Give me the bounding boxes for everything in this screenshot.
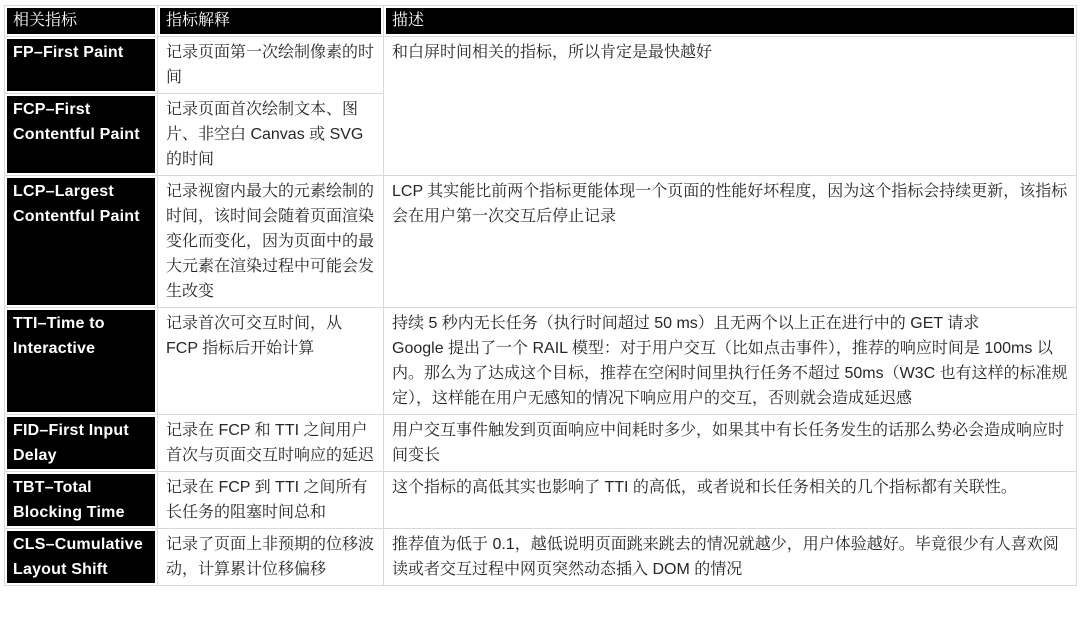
description-cell: LCP 其实能比前两个指标更能体现一个页面的性能好坏程度，因为这个指标会持续更新… [384, 176, 1077, 308]
row-cls: CLS–Cumulative Layout Shift 记录了页面上非预期的位移… [5, 529, 1077, 586]
row-fp: FP–First Paint 记录页面第一次绘制像素的时间 和白屏时间相关的指标… [5, 37, 1077, 94]
row-tti: TTI–Time to Interactive 记录首次可交互时间，从 FCP … [5, 308, 1077, 415]
row-tbt: TBT–Total Blocking Time 记录在 FCP 到 TTI 之间… [5, 472, 1077, 529]
explanation-cell: 记录在 FCP 和 TTI 之间用户首次与页面交互时响应的延迟 [158, 415, 384, 472]
metric-cell: FP–First Paint [5, 37, 158, 94]
header-row: 相关指标 指标解释 描述 [5, 6, 1077, 37]
metric-cell: FCP–First Contentful Paint [5, 94, 158, 176]
description-cell: 持续 5 秒内无长任务（执行时间超过 50 ms）且无两个以上正在进行中的 GE… [384, 308, 1077, 415]
explanation-cell: 记录页面第一次绘制像素的时间 [158, 37, 384, 94]
explanation-cell: 记录视窗内最大的元素绘制的时间，该时间会随着页面渲染变化而变化，因为页面中的最大… [158, 176, 384, 308]
metric-cell: CLS–Cumulative Layout Shift [5, 529, 158, 586]
column-header-description: 描述 [384, 6, 1077, 37]
row-lcp: LCP–Largest Contentful Paint 记录视窗内最大的元素绘… [5, 176, 1077, 308]
metric-cell: FID–First Input Delay [5, 415, 158, 472]
web-vitals-metrics-table: 相关指标 指标解释 描述 FP–First Paint 记录页面第一次绘制像素的… [4, 5, 1077, 586]
metric-cell: TBT–Total Blocking Time [5, 472, 158, 529]
column-header-metric: 相关指标 [5, 6, 158, 37]
explanation-cell: 记录首次可交互时间，从 FCP 指标后开始计算 [158, 308, 384, 415]
description-cell: 用户交互事件触发到页面响应中间耗时多少，如果其中有长任务发生的话那么势必会造成响… [384, 415, 1077, 472]
explanation-cell: 记录在 FCP 到 TTI 之间所有长任务的阻塞时间总和 [158, 472, 384, 529]
description-cell: 推荐值为低于 0.1，越低说明页面跳来跳去的情况就越少，用户体验越好。毕竟很少有… [384, 529, 1077, 586]
row-fid: FID–First Input Delay 记录在 FCP 和 TTI 之间用户… [5, 415, 1077, 472]
description-cell: 这个指标的高低其实也影响了 TTI 的高低，或者说和长任务相关的几个指标都有关联… [384, 472, 1077, 529]
description-cell: 和白屏时间相关的指标，所以肯定是最快越好 [384, 37, 1077, 176]
explanation-cell: 记录页面首次绘制文本、图片、非空白 Canvas 或 SVG 的时间 [158, 94, 384, 176]
explanation-cell: 记录了页面上非预期的位移波动，计算累计位移偏移 [158, 529, 384, 586]
page: 相关指标 指标解释 描述 FP–First Paint 记录页面第一次绘制像素的… [0, 0, 1080, 586]
metric-cell: LCP–Largest Contentful Paint [5, 176, 158, 308]
metric-cell: TTI–Time to Interactive [5, 308, 158, 415]
column-header-explanation: 指标解释 [158, 6, 384, 37]
